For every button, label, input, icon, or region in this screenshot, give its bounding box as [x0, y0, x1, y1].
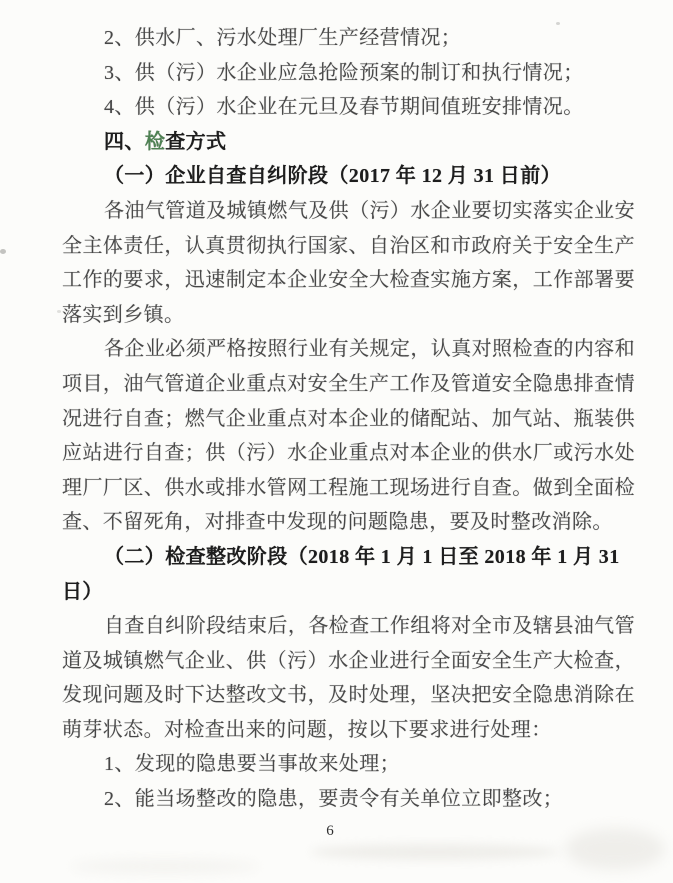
scanned-document-page: 2、供水厂、污水处理厂生产经营情况； 3、供（污）水企业应急抢险预案的制订和执行… [0, 0, 673, 883]
section-heading: 四、检查方式 [62, 125, 635, 160]
page-number: 6 [0, 820, 660, 842]
paragraph-line: 况进行自查；燃气企业重点对本企业的储配站、加气站、瓶装供 [62, 402, 635, 437]
scan-smudge [310, 844, 560, 860]
paragraph-line: 查、不留死角，对排查中发现的问题隐患，要及时整改消除。 [62, 505, 635, 540]
paragraph-line: 项目，油气管道企业重点对安全生产工作及管道安全隐患排查情 [62, 367, 635, 402]
paragraph-line: 各企业必须严格按照行业有关规定，认真对照检查的内容和 [62, 332, 635, 367]
list-item-line: 4、供（污）水企业在元旦及春节期间值班安排情况。 [62, 90, 635, 125]
paragraph-line: 自查自纠阶段结束后，各检查工作组将对全市及辖县油气管 [62, 609, 635, 644]
document-text-block: 2、供水厂、污水处理厂生产经营情况； 3、供（污）水企业应急抢险预案的制订和执行… [62, 21, 635, 817]
section-heading-accent-char: 检 [145, 131, 165, 153]
paragraph-line: 全主体责任，认真贯彻执行国家、自治区和市政府关于安全生产 [62, 229, 635, 264]
scan-speck [57, 310, 61, 313]
section-heading-prefix: 四、 [104, 131, 145, 153]
section-heading-rest: 查方式 [165, 131, 226, 153]
paragraph-line: 工作的要求，迅速制定本企业安全大检查实施方案，工作部署要 [62, 263, 635, 298]
paragraph-line: 萌芽状态。对检查出来的问题，按以下要求进行处理： [62, 713, 635, 748]
list-item-line: 1、发现的隐患要当事故来处理； [62, 747, 635, 782]
paragraph-line: 落实到乡镇。 [62, 298, 635, 333]
paragraph-line: 各油气管道及城镇燃气及供（污）水企业要切实落实企业安 [62, 194, 635, 229]
scan-speck [0, 249, 6, 254]
list-item-line: 2、能当场整改的隐患，要责令有关单位立即整改； [62, 782, 635, 817]
subsection-heading: （一）企业自查自纠阶段（2017 年 12 月 31 日前） [62, 159, 635, 194]
list-item-line: 3、供（污）水企业应急抢险预案的制订和执行情况； [62, 56, 635, 91]
scan-smudge [70, 860, 260, 873]
paragraph-line: 理厂厂区、供水或排水管网工程施工现场进行自查。做到全面检 [62, 471, 635, 506]
subsection-heading-continuation: 日） [62, 575, 635, 610]
list-item-line: 2、供水厂、污水处理厂生产经营情况； [62, 21, 635, 56]
paragraph-line: 应站进行自查；供（污）水企业重点对本企业的供水厂或污水处 [62, 436, 635, 471]
subsection-heading: （二）检查整改阶段（2018 年 1 月 1 日至 2018 年 1 月 31 [62, 540, 635, 575]
paragraph-line: 道及城镇燃气企业、供（污）水企业进行全面安全生产大检查， [62, 644, 635, 679]
paragraph-line: 发现问题及时下达整改文书，及时处理，坚决把安全隐患消除在 [62, 678, 635, 713]
